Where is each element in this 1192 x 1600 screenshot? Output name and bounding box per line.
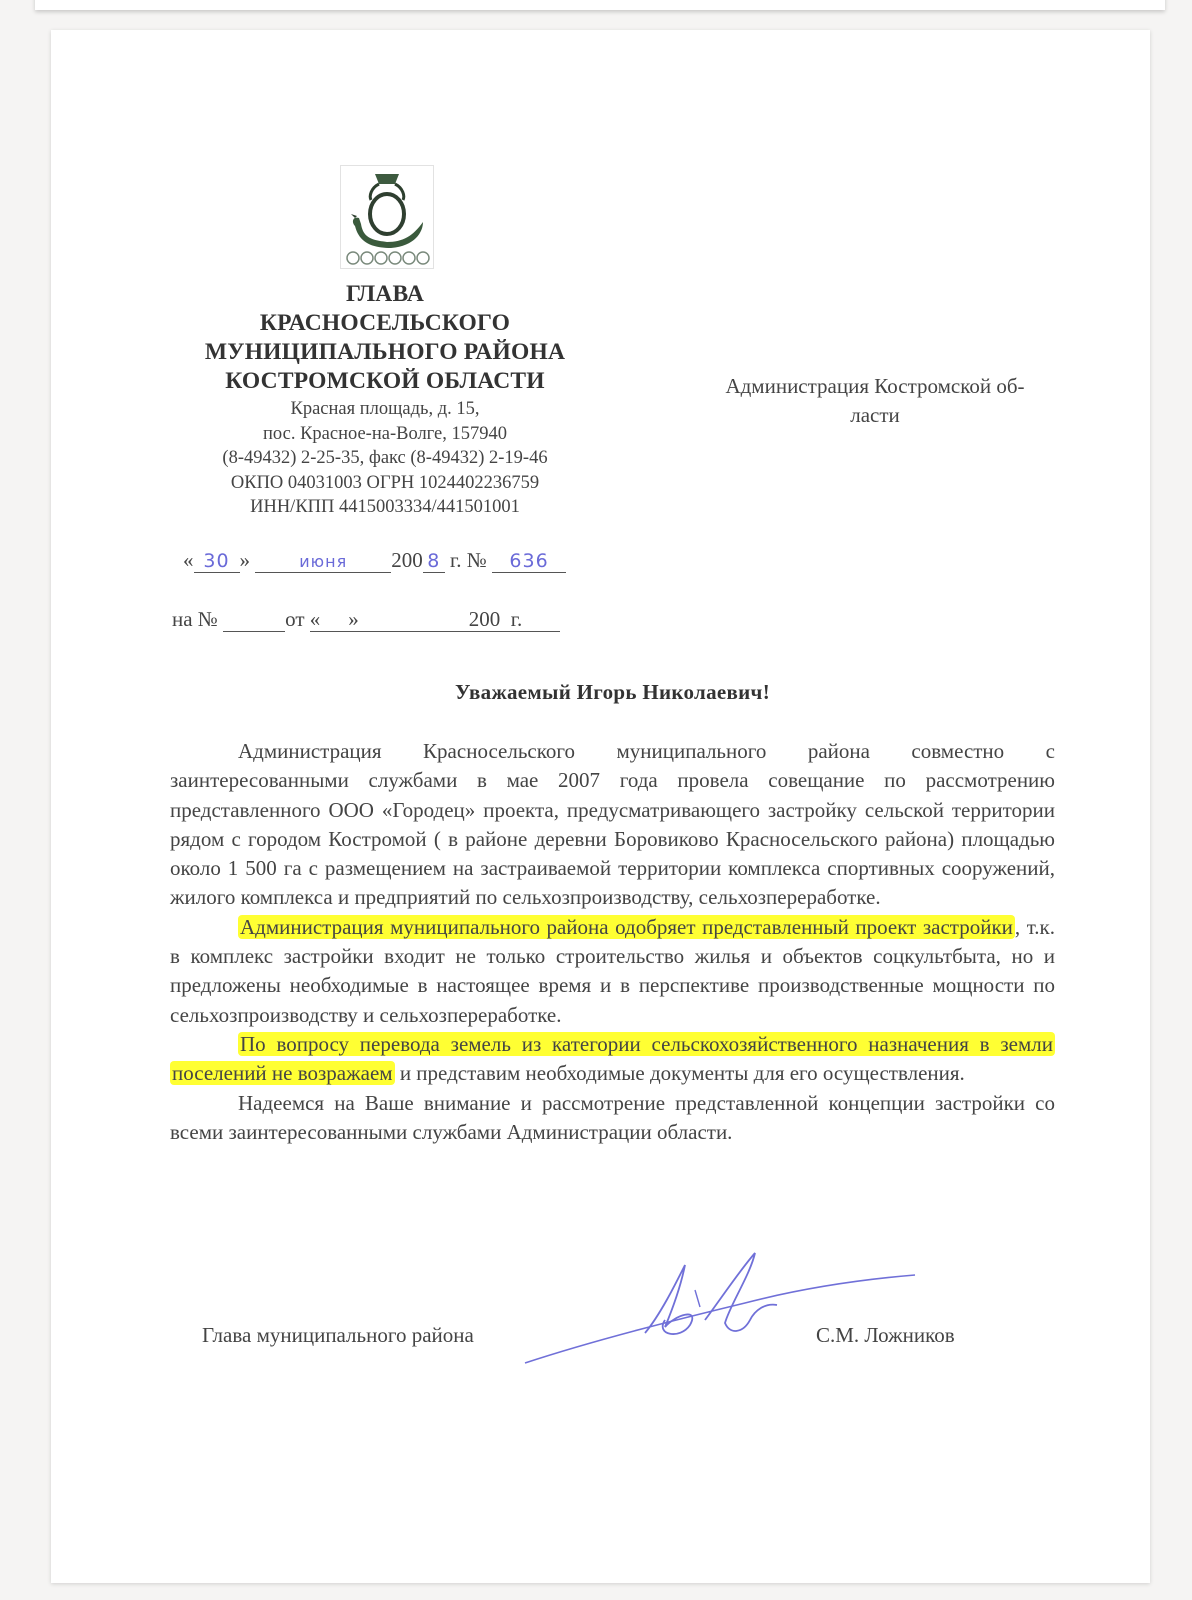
scrollbar[interactable] <box>1158 0 1192 1600</box>
signatory-name: С.М. Ложников <box>816 1323 955 1348</box>
phone-fax-line: (8-49432) 2-25-35, факс (8-49432) 2-19-4… <box>175 446 595 471</box>
ref-open-quote: « <box>310 607 321 631</box>
number-label: г. № <box>450 548 487 572</box>
salutation: Уважаемый Игорь Николаевич! <box>170 680 1055 705</box>
month-field: июня <box>255 548 391 573</box>
open-quote: « <box>183 548 194 572</box>
addressee-line: Администрация Костромской об- <box>680 372 1070 401</box>
year-suffix-handwritten: 8 <box>427 550 440 572</box>
addressee: Администрация Костромской об- ласти <box>680 372 1070 430</box>
paragraph: Администрация муниципального района одоб… <box>170 913 1055 1030</box>
inn-kpp-line: ИНН/КПП 4415003334/441501001 <box>175 495 595 520</box>
highlighted-text: Администрация муниципального района одоб… <box>238 915 1015 939</box>
letterhead-title: ГЛАВА КРАСНОСЕЛЬСКОГО МУНИЦИПАЛЬНОГО РАЙ… <box>175 280 595 396</box>
paragraph-text: Администрация Красносельского муниципаль… <box>170 739 1055 909</box>
year-suffix-field: 8 <box>423 548 445 573</box>
ref-number-field <box>223 607 285 632</box>
okpo-ogrn-line: ОКПО 04031003 ОГРН 1024402236759 <box>175 471 595 496</box>
close-quote: » <box>240 548 251 572</box>
addressee-line: ласти <box>680 401 1070 430</box>
paragraph: Надеемся на Ваше внимание и рассмотрение… <box>170 1089 1055 1148</box>
ref-number-label: на № <box>172 607 218 631</box>
letterhead-title-line: КОСТРОМСКОЙ ОБЛАСТИ <box>175 367 595 396</box>
date-line: «30» июня2008 г. № 636 <box>183 548 566 573</box>
paragraph: Администрация Красносельского муниципаль… <box>170 737 1055 913</box>
letter-body: Администрация Красносельского муниципаль… <box>170 737 1055 1147</box>
ref-close-quote: » <box>348 607 359 631</box>
paragraph: По вопросу перевода земель из категории … <box>170 1030 1055 1089</box>
ref-from-label: от <box>285 607 304 631</box>
signature-icon <box>515 1245 935 1375</box>
address-line: пос. Красное-на-Волге, 157940 <box>175 422 595 447</box>
number-handwritten: 636 <box>509 550 548 572</box>
letterhead-title-line: КРАСНОСЕЛЬСКОГО <box>175 309 595 338</box>
day-field: 30 <box>194 548 240 573</box>
ref-date-field: «»200 г. <box>310 607 560 632</box>
letterhead-title-line: МУНИЦИПАЛЬНОГО РАЙОНА <box>175 338 595 367</box>
year-prefix: 200 <box>391 548 423 572</box>
letterhead-title-line: ГЛАВА <box>175 280 595 309</box>
previous-page-edge <box>35 0 1165 10</box>
signatory-position: Глава муниципального района <box>202 1323 474 1348</box>
month-handwritten: июня <box>299 552 347 571</box>
number-field: 636 <box>492 548 566 573</box>
ref-year: 200 г. <box>469 607 523 631</box>
reference-line: на № от «»200 г. <box>172 607 560 632</box>
paragraph-text: Надеемся на Ваше внимание и рассмотрение… <box>170 1091 1055 1144</box>
emblem-icon <box>341 166 433 268</box>
day-handwritten: 30 <box>203 550 229 572</box>
letterhead-address: Красная площадь, д. 15, пос. Красное-на-… <box>175 397 595 520</box>
address-line: Красная площадь, д. 15, <box>175 397 595 422</box>
paragraph-text: и представим необходимые документы для е… <box>395 1061 965 1085</box>
coat-of-arms-emblem <box>340 165 434 269</box>
